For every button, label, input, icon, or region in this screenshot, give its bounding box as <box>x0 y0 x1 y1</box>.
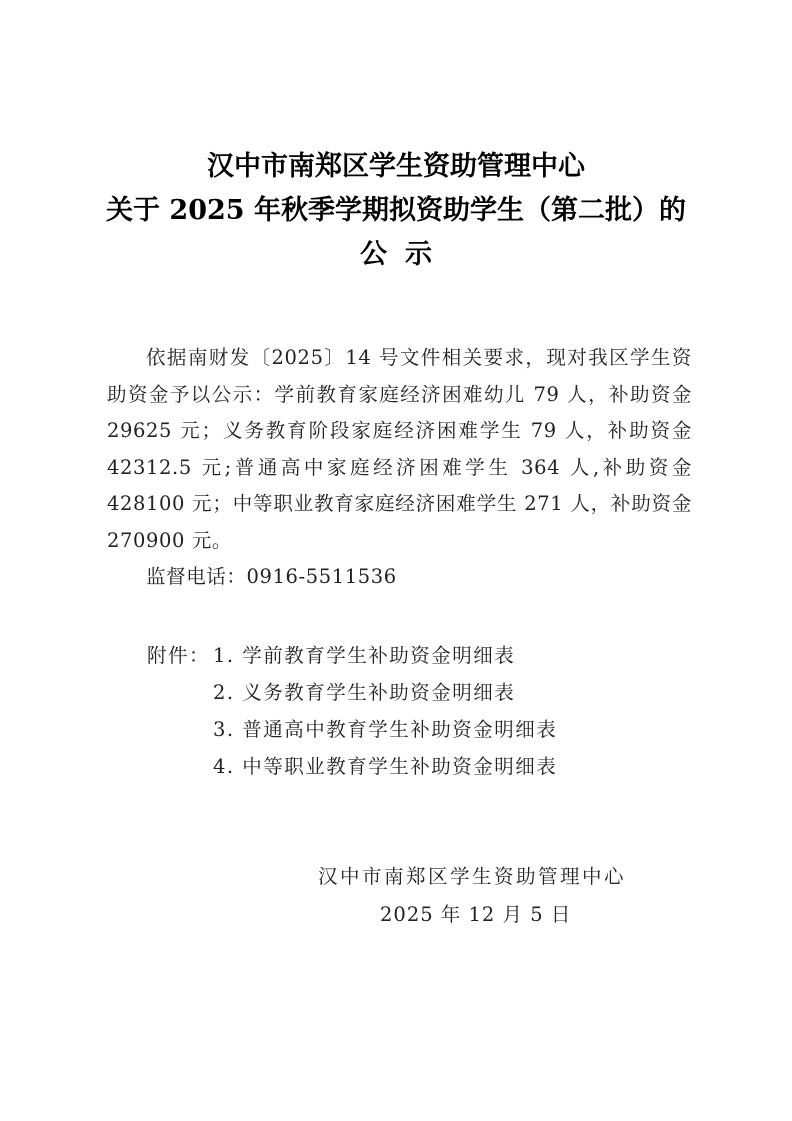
attachment-text: 3. 普通高中教育学生补助资金明细表 <box>213 718 557 741</box>
signature-block: 汉中市南郑区学生资助管理中心 2025 年 12 月 5 日 <box>318 858 626 934</box>
signature-organization: 汉中市南郑区学生资助管理中心 <box>318 858 626 896</box>
signature-date: 2025 年 12 月 5 日 <box>318 896 626 934</box>
phone-label: 监督电话： <box>146 565 247 588</box>
attachment-item: 3. 普通高中教育学生补助资金明细表 <box>147 711 557 748</box>
phone-number: 0916-5511536 <box>247 565 397 588</box>
title-line-subject: 关于 2025 年秋季学期拟资助学生（第二批）的 <box>0 189 792 233</box>
title-line-notice: 公示 <box>0 233 792 277</box>
document-title: 汉中市南郑区学生资助管理中心 关于 2025 年秋季学期拟资助学生（第二批）的 … <box>0 145 792 277</box>
main-paragraph: 依据南财发〔2025〕14 号文件相关要求，现对我区学生资助资金予以公示：学前教… <box>107 340 692 559</box>
attachments-label: 附件： <box>147 637 213 674</box>
attachment-item: 2. 义务教育学生补助资金明细表 <box>147 674 557 711</box>
attachment-text: 1. 学前教育学生补助资金明细表 <box>213 644 515 667</box>
supervision-phone: 监督电话：0916-5511536 <box>107 559 692 596</box>
attachment-text: 2. 义务教育学生补助资金明细表 <box>213 681 515 704</box>
title-line-organization: 汉中市南郑区学生资助管理中心 <box>0 145 792 189</box>
attachments-list: 附件：1. 学前教育学生补助资金明细表 2. 义务教育学生补助资金明细表 3. … <box>147 637 557 785</box>
document-body: 依据南财发〔2025〕14 号文件相关要求，现对我区学生资助资金予以公示：学前教… <box>107 340 692 596</box>
attachment-item: 4. 中等职业教育学生补助资金明细表 <box>147 748 557 785</box>
attachment-text: 4. 中等职业教育学生补助资金明细表 <box>213 755 557 778</box>
attachment-item: 附件：1. 学前教育学生补助资金明细表 <box>147 637 557 674</box>
